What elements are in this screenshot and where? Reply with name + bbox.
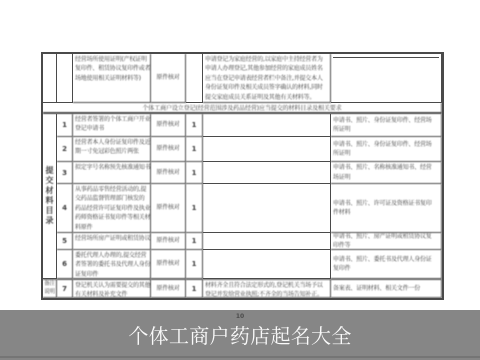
cont-row-count-cell (186, 54, 203, 103)
category-label: 提交材料目录 (43, 166, 56, 226)
row-number: 5 (57, 233, 73, 250)
row-count-cell: 1 (186, 137, 203, 162)
inset-empty-box (333, 57, 439, 103)
row-check-cell: 原件核对 (151, 162, 186, 184)
row-check-cell: 原件核对 (151, 250, 186, 279)
footer-requirements-cell: 备案表、证明材料、相关文件一份 (331, 279, 442, 298)
category-label-cell: 提交材料目录 (43, 114, 57, 279)
cont-row-category-cell (43, 54, 57, 103)
row-count-cell: 1 (186, 250, 203, 279)
footer-row-number: 7 (57, 279, 73, 298)
footer-count-cell: 1 (186, 279, 203, 298)
row-check-cell: 原件核对 (151, 184, 186, 233)
row-blank-cell (203, 162, 331, 184)
footer-category-label: 备注说明 (44, 281, 55, 296)
footer-category-cell: 备注说明 (43, 279, 57, 298)
cont-row-check-cell: 原件核对 (151, 54, 186, 103)
row-number: 6 (57, 250, 73, 279)
row-count-cell: 1 (186, 114, 203, 137)
row-blank-cell (203, 137, 331, 162)
row-check-cell: 原件核对 (151, 137, 186, 162)
scanned-document-page: 经营场所使用证明(产权证明复印件、租赁协议复印件或者场地使用相关证明材料等) 原… (0, 0, 480, 360)
row-requirements-cell: 申请书、照片、房产证明或租赁协议复印件等 (331, 233, 442, 250)
row-name-cell: 经营场所房产证明或租赁协议 (73, 233, 151, 250)
row-name-cell: 经营者签署的个体工商户开业登记申请书 (73, 114, 151, 137)
row-number: 4 (57, 184, 73, 233)
row-requirements-cell: 申请书、照片、身份证复印件、经营场所证明 (331, 137, 442, 162)
row-requirements-cell: 申请书、照片、许可证及资格证书复印件材料 (331, 184, 442, 233)
row-number: 3 (57, 162, 73, 184)
row-requirements-cell: 申请书、照片、身份证复印件、经营场所证明 (331, 114, 442, 137)
row-number: 2 (57, 137, 73, 162)
registration-materials-table: 经营场所使用证明(产权证明复印件、租赁协议复印件或者场地使用相关证明材料等) 原… (41, 52, 444, 300)
page-number: 10 (0, 313, 480, 320)
row-check-cell: 原件核对 (151, 233, 186, 250)
page-caption: 个体工商户药店起名大全 (0, 320, 480, 349)
cont-row-number-cell (57, 54, 73, 103)
row-name-cell: 从事药品零售经营活动的,提交药品监督管理部门核发的药品经营许可证复印件及执业药师… (73, 184, 151, 233)
row-check-cell: 原件核对 (151, 114, 186, 137)
table-section-header: 个体工商户设立登记(经营范围涉及药品经营)应当提交的材料目录及相关要求 (43, 103, 442, 114)
cont-row-name-cell: 经营场所使用证明(产权证明复印件、租赁协议复印件或者场地使用相关证明材料等) (73, 54, 151, 103)
cont-row-requirements-cell (331, 54, 442, 103)
row-count-cell: 1 (186, 162, 203, 184)
row-number: 1 (57, 114, 73, 137)
row-blank-cell (203, 233, 331, 250)
row-requirements-cell: 申请书、照片、委托书及代理人身份证复印件 (331, 250, 442, 279)
row-blank-cell (203, 114, 331, 137)
row-name-cell: 拟定字号名称预先核准通知书 (73, 162, 151, 184)
row-name-cell: 委托代理人办理的,提交经营者签署的委托书及代理人身份证复印件 (73, 250, 151, 279)
row-blank-cell (203, 184, 331, 233)
footer-requirements-text: 备案表、证明材料、相关文件一份 (333, 284, 439, 293)
footer-name-cell: 登记机关认为需要提交的其他有关材料及补充文件 (73, 279, 151, 298)
row-count-cell: 1 (186, 184, 203, 233)
footer-note-cell: 材料齐全且符合法定形式的,登记机关当场予以登记并发给营业执照;不齐全的当场告知补… (203, 279, 331, 298)
cont-row-note-cell: 申请登记为家庭经营的,以家庭中主持经营者为申请人办理登记,其他参加经营的家庭成员… (203, 54, 331, 103)
row-name-cell: 经营者本人身份证复印件及近期一寸免冠彩色照片两张 (73, 137, 151, 162)
row-blank-cell (203, 250, 331, 279)
footer-check-cell: 原件核对 (151, 279, 186, 298)
row-count-cell: 1 (186, 233, 203, 250)
row-requirements-cell: 申请书、照片、名称核准通知书、经营场证明 (331, 162, 442, 184)
